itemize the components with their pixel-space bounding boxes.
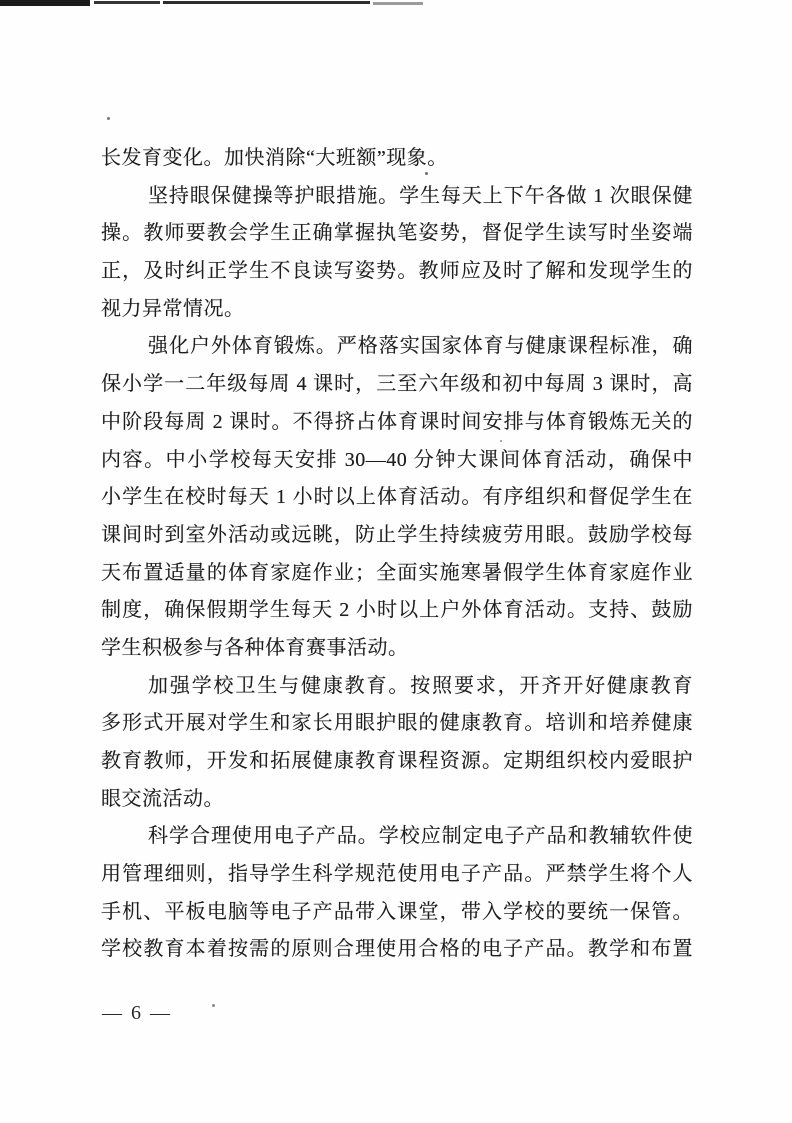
text-line: 操。教师要教会学生正确掌握执笔姿势，督促学生读写时坐姿端 — [101, 215, 693, 253]
text-line: 正，及时纠正学生不良读写姿势。教师应及时了解和发现学生的 — [101, 253, 693, 291]
text-line: 制度，确保假期学生每天 2 小时以上户外体育活动。支持、鼓励 — [101, 592, 693, 630]
body-text-block: 长发育变化。加快消除“大班额”现象。坚持眼保健操等护眼措施。学生每天上下午各做 … — [101, 140, 693, 969]
text-line: 内容。中小学校每天安排 30—40 分钟大课间体育活动，确保中 — [101, 442, 693, 480]
text-line: 坚持眼保健操等护眼措施。学生每天上下午各做 1 次眼保健 — [101, 178, 693, 216]
scan-speck — [107, 117, 110, 120]
text-line: 眼交流活动。 — [101, 781, 693, 819]
text-line: 保小学一二年级每周 4 课时，三至六年级和初中每周 3 课时，高 — [101, 366, 693, 404]
text-line: 学校教育本着按需的原则合理使用合格的电子产品。教学和布置 — [101, 931, 693, 969]
text-line: 天布置适量的体育家庭作业；全面实施寒暑假学生体育家庭作业 — [101, 555, 693, 593]
text-line: 科学合理使用电子产品。学校应制定电子产品和教辅软件使 — [101, 818, 693, 856]
text-line: 视力异常情况。 — [101, 291, 693, 329]
text-line: 学生积极参与各种体育赛事活动。 — [101, 630, 693, 668]
text-line: 中阶段每周 2 课时。不得挤占体育课时间安排与体育锻炼无关的 — [101, 404, 693, 442]
scan-speck — [212, 1004, 215, 1007]
scanned-document-page: 长发育变化。加快消除“大班额”现象。坚持眼保健操等护眼措施。学生每天上下午各做 … — [0, 0, 792, 1123]
text-line: 课间时到室外活动或远眺，防止学生持续疲劳用眼。鼓励学校每 — [101, 517, 693, 555]
text-line: 小学生在校时每天 1 小时以上体育活动。有序组织和督促学生在 — [101, 479, 693, 517]
text-line: 教育教师，开发和拓展健康教育课程资源。定期组织校内爱眼护 — [101, 743, 693, 781]
text-line: 加强学校卫生与健康教育。按照要求，开齐开好健康教育课， — [101, 668, 693, 706]
text-line: 手机、平板电脑等电子产品带入课堂，带入学校的要统一保管。 — [101, 894, 693, 932]
scan-artifact-line — [373, 2, 423, 5]
text-line: 长发育变化。加快消除“大班额”现象。 — [101, 140, 693, 178]
scan-artifact-line — [163, 1, 370, 4]
scan-artifact-line — [0, 0, 90, 6]
text-line: 多形式开展对学生和家长用眼护眼的健康教育。培训和培养健康 — [101, 705, 693, 743]
scan-artifact-line — [94, 1, 160, 4]
text-line: 强化户外体育锻炼。严格落实国家体育与健康课程标准，确 — [101, 328, 693, 366]
text-line: 用管理细则，指导学生科学规范使用电子产品。严禁学生将个人 — [101, 856, 693, 894]
page-number: — 6 — — [102, 998, 172, 1028]
